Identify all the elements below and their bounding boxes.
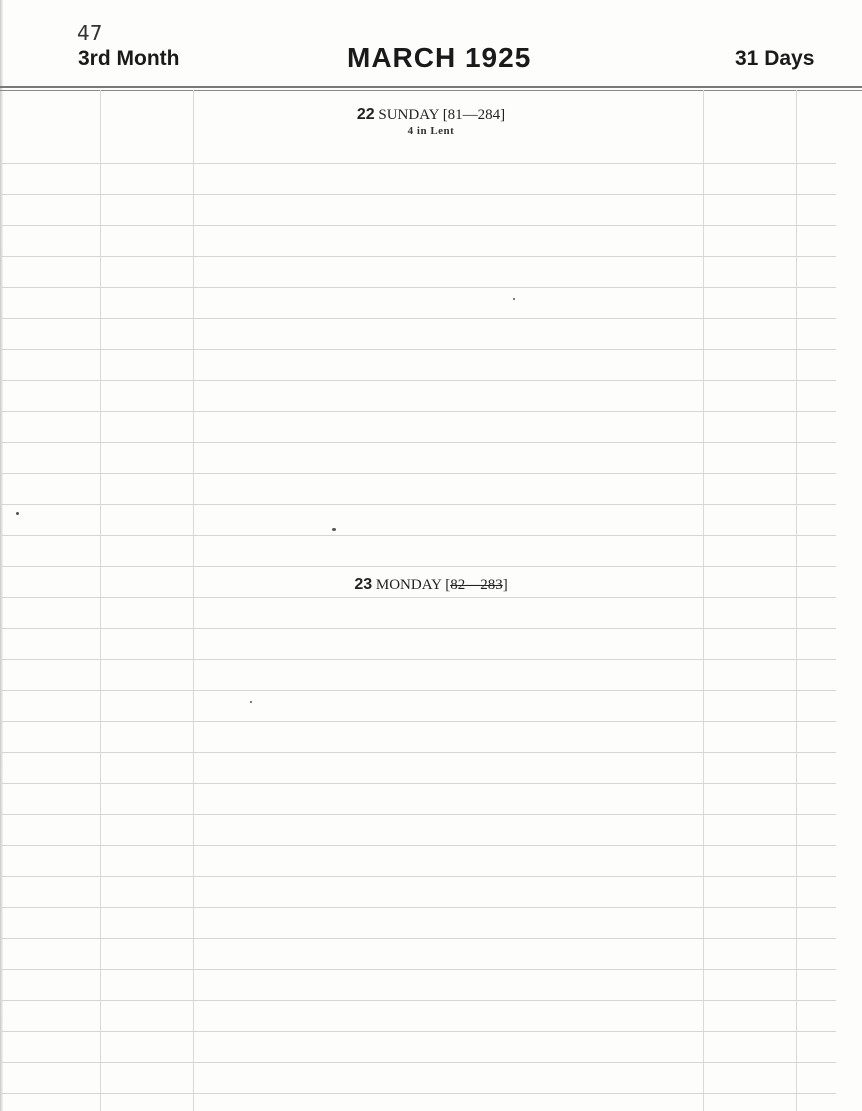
ruled-line bbox=[0, 1031, 836, 1032]
ruled-line bbox=[0, 814, 836, 815]
ruled-line bbox=[0, 318, 836, 319]
ruled-line bbox=[0, 473, 836, 474]
ink-speck bbox=[250, 701, 252, 703]
ruled-line bbox=[0, 256, 836, 257]
ruled-line bbox=[0, 287, 836, 288]
ruled-line bbox=[0, 969, 836, 970]
ruled-line bbox=[0, 659, 836, 660]
margin-rule bbox=[100, 90, 101, 1111]
ruled-line bbox=[0, 628, 836, 629]
ruled-line bbox=[0, 380, 836, 381]
ruled-line bbox=[0, 349, 836, 350]
ruled-line bbox=[0, 597, 836, 598]
page-title: MARCH 1925 bbox=[347, 42, 531, 74]
liturgical-note: 4 in Lent bbox=[0, 125, 862, 137]
weekday: SUNDAY bbox=[378, 107, 439, 123]
diary-page: 47 3rd Month MARCH 1925 31 Days 22 SUNDA… bbox=[0, 0, 862, 1111]
day-of-year-close: ] bbox=[503, 577, 508, 593]
ink-speck bbox=[16, 512, 19, 515]
ruled-line bbox=[0, 690, 836, 691]
day-number: 23 bbox=[354, 576, 372, 593]
ruled-line bbox=[0, 411, 836, 412]
margin-rule bbox=[193, 90, 194, 1111]
margin-rule bbox=[703, 90, 704, 1111]
ruled-line bbox=[0, 845, 836, 846]
binding-edge bbox=[0, 0, 3, 1111]
ruled-line bbox=[0, 1062, 836, 1063]
day-heading-23: 23 MONDAY [82—283] bbox=[0, 576, 862, 594]
day-number: 22 bbox=[357, 106, 375, 123]
month-index: 3rd Month bbox=[78, 47, 179, 71]
day-of-year-struck: 82—283 bbox=[450, 577, 503, 593]
day-of-year: [81—284] bbox=[443, 107, 506, 123]
ruled-line bbox=[0, 442, 836, 443]
ruled-line bbox=[0, 752, 836, 753]
ruled-line bbox=[0, 194, 836, 195]
ruled-line bbox=[0, 783, 836, 784]
weekday: MONDAY bbox=[376, 577, 442, 593]
ruled-line bbox=[0, 504, 836, 505]
page-number: 47 bbox=[77, 21, 102, 45]
ink-speck bbox=[332, 528, 336, 531]
ruled-line bbox=[0, 535, 836, 536]
ruled-line bbox=[0, 721, 836, 722]
header-rule bbox=[0, 90, 862, 91]
ruled-line bbox=[0, 1000, 836, 1001]
ruled-line bbox=[0, 163, 836, 164]
day-heading-22: 22 SUNDAY [81—284] bbox=[0, 106, 862, 124]
days-count: 31 Days bbox=[735, 47, 814, 71]
ruled-line bbox=[0, 876, 836, 877]
margin-rule bbox=[796, 90, 797, 1111]
ruled-line bbox=[0, 566, 836, 567]
ruled-line bbox=[0, 1093, 836, 1094]
ink-speck bbox=[513, 298, 515, 300]
ruled-line bbox=[0, 225, 836, 226]
ruled-line bbox=[0, 907, 836, 908]
header-rule bbox=[0, 86, 862, 88]
ruled-line bbox=[0, 938, 836, 939]
